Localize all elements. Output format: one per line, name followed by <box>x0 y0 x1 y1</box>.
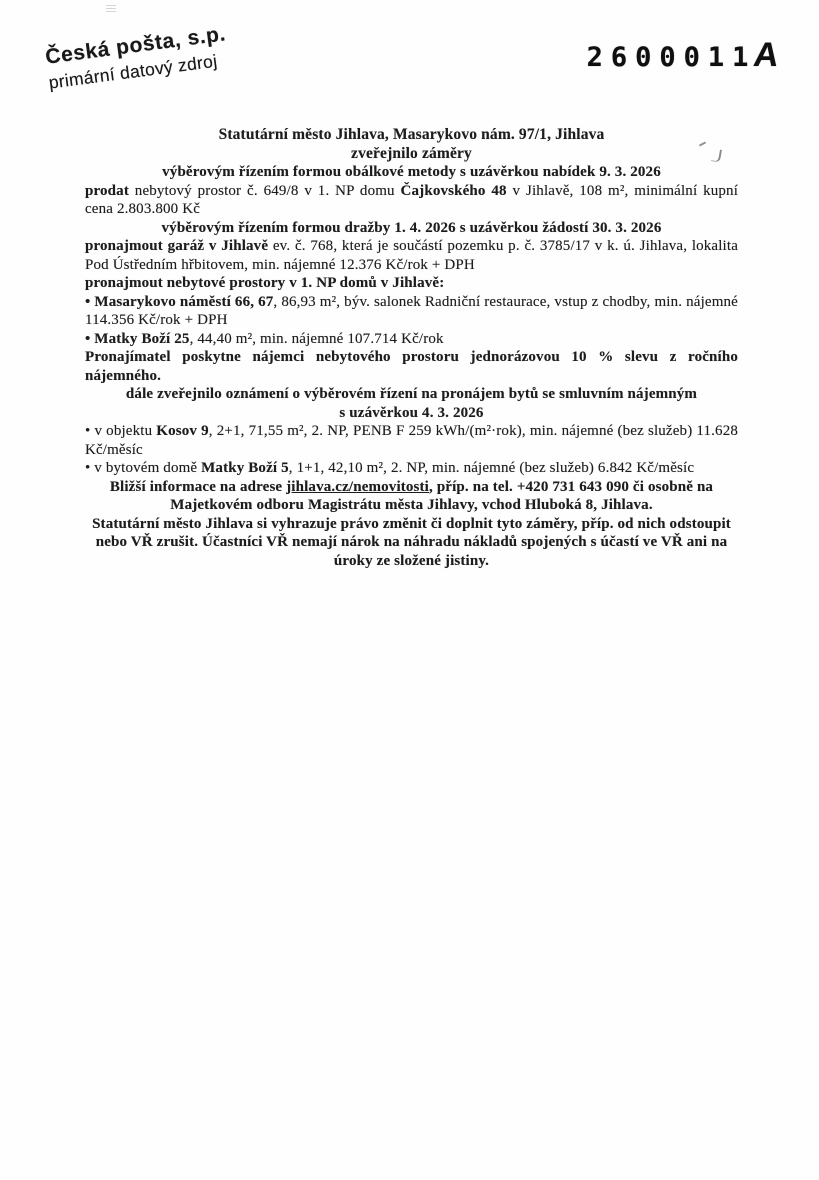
scanned-document-page: Česká pošta, s.p. primární datový zdroj … <box>0 0 819 1180</box>
heading-nebytove-prostory: pronajmout nebytové prostory v 1. NP dom… <box>85 274 738 293</box>
document-body: Statutární město Jihlava, Masarykovo nám… <box>85 126 738 570</box>
paragraph-garaz: pronajmout garáž v Jihlavě ev. č. 768, k… <box>85 237 738 274</box>
address-matky-bozi-25: • Matky Boží 25 <box>85 331 190 347</box>
serial-number-stamp: 2600011A <box>587 36 779 75</box>
bullet-kosov: • v objektu Kosov 9, 2+1, 71,55 m², 2. N… <box>85 422 738 459</box>
document-title-line1: Statutární město Jihlava, Masarykovo nám… <box>85 126 738 145</box>
section-heading-byty-line2: s uzávěrkou 4. 3. 2026 <box>85 404 738 423</box>
bullet-masarykovo-namesti: • Masarykovo náměstí 66, 67, 86,93 m², b… <box>85 293 738 330</box>
serial-suffix-letter: A <box>752 36 782 75</box>
serial-digits: 2600011 <box>587 42 757 73</box>
address-matky-bozi-5: Matky Boží 5 <box>201 460 289 476</box>
bullet-matky-bozi-5: • v bytovém domě Matky Boží 5, 1+1, 42,1… <box>85 459 738 478</box>
scan-speck <box>106 5 116 12</box>
paragraph-garaz-bold: pronajmout garáž v Jihlavě <box>85 238 268 254</box>
address-cajkovskeho: Čajkovského 48 <box>401 183 507 199</box>
bullet-matky-bozi-25: • Matky Boží 25, 44,40 m², min. nájemné … <box>85 330 738 349</box>
paragraph-sleva: Pronajímatel poskytne nájemci nebytového… <box>85 348 738 385</box>
postal-stamp: Česká pošta, s.p. primární datový zdroj <box>44 22 230 93</box>
printed-url-jihlava-nemovitosti: jihlava.cz/nemovitosti <box>286 479 429 495</box>
address-masarykovo: • Masarykovo náměstí 66, 67 <box>85 294 273 310</box>
paragraph-vyhrada: Statutární město Jihlava si vyhrazuje pr… <box>85 515 738 571</box>
section-heading-drazba: výběrovým řízením formou dražby 1. 4. 20… <box>85 219 738 238</box>
section-heading-byty-line1: dále zveřejnilo oznámení o výběrovém říz… <box>85 385 738 404</box>
paragraph-kontakt: Bližší informace na adrese jihlava.cz/ne… <box>85 478 738 515</box>
document-title-line2: zveřejnilo záměry <box>85 145 738 164</box>
paragraph-prodat: prodat nebytový prostor č. 649/8 v 1. NP… <box>85 182 738 219</box>
address-kosov: Kosov 9 <box>156 423 208 439</box>
section-heading-obalkova-metoda: výběrovým řízením formou obálkové metody… <box>85 163 738 182</box>
paragraph-prodat-bold: prodat <box>85 183 129 199</box>
